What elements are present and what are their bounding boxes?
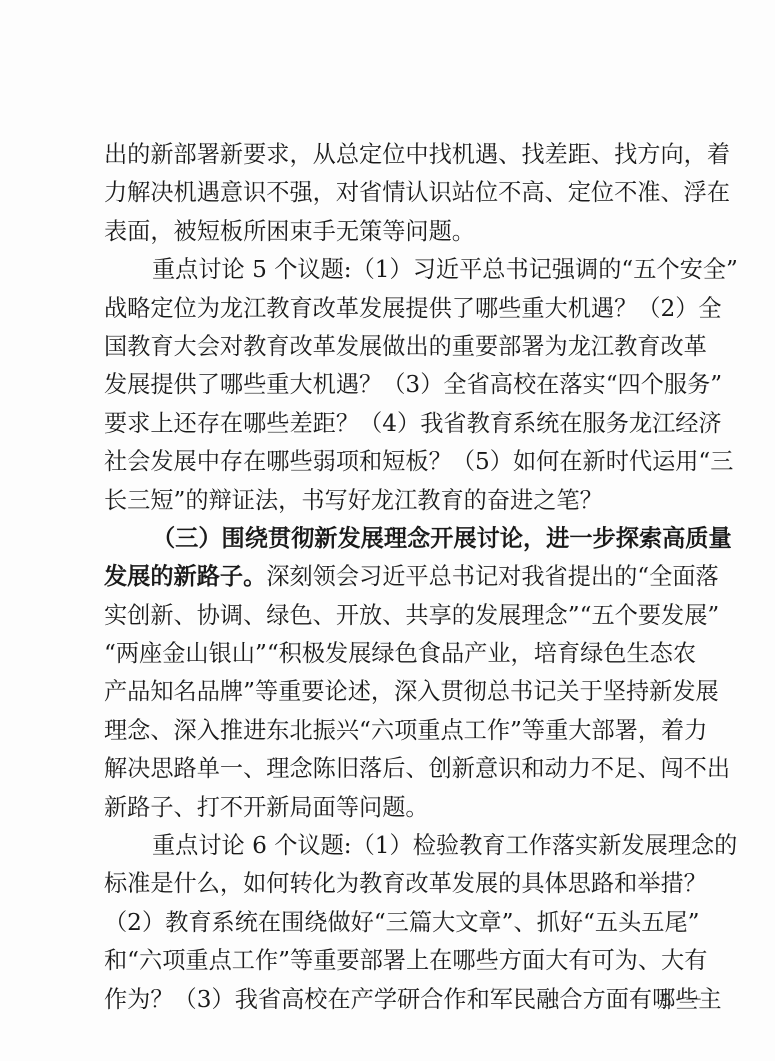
topics5-line: 战略定位为龙江教育改革发展提供了哪些重大机遇？（2）全: [104, 290, 682, 328]
section-heading: （三）围绕贯彻新发展理念开展讨论，进一步探索高质量: [104, 520, 682, 558]
topics5-line: 发展提供了哪些重大机遇？（3）全省高校在落实“四个服务”: [104, 366, 682, 404]
section-body-line: “两座金山银山”“积极发展绿色食品产业，培育绿色生态农: [104, 635, 682, 673]
section-heading-tail: 发展的新路子。: [104, 563, 266, 590]
body-text: 出的新部署新要求，从总定位中找机遇、找差距、找方向，着 力解决机遇意识不强，对省…: [104, 136, 682, 1019]
topics5-line: 重点讨论 5 个议题:（1）习近平总书记强调的“五个安全”: [104, 251, 682, 289]
section-body-start: 深刻领会习近平总书记对我省提出的“全面落: [266, 563, 718, 590]
section-body-line: 产品知名品牌”等重要论述，深入贯彻总书记关于坚持新发展: [104, 673, 682, 711]
topics6-line: （2）教育系统在围绕做好“三篇大文章”、抓好“五头五尾”: [104, 904, 682, 942]
section-heading-continuation: 发展的新路子。深刻领会习近平总书记对我省提出的“全面落: [104, 558, 682, 596]
section-body-line: 实创新、协调、绿色、开放、共享的发展理念”“五个要发展”: [104, 597, 682, 635]
paragraph-line: 出的新部署新要求，从总定位中找机遇、找差距、找方向，着: [104, 136, 682, 174]
topics5-line: 长三短”的辩证法，书写好龙江教育的奋进之笔？: [104, 482, 682, 520]
topics6-line: 和“六项重点工作”等重要部署上在哪些方面大有可为、大有: [104, 942, 682, 980]
section-body-line: 解决思路单一、理念陈旧落后、创新意识和动力不足、闯不出: [104, 750, 682, 788]
topics6-line: 重点讨论 6 个议题:（1）检验教育工作落实新发展理念的: [104, 827, 682, 865]
paragraph-line: 表面，被短板所困束手无策等问题。: [104, 213, 682, 251]
paragraph-line: 力解决机遇意识不强，对省情认识站位不高、定位不准、浮在: [104, 174, 682, 212]
topics5-line: 要求上还存在哪些差距？（4）我省教育系统在服务龙江经济: [104, 405, 682, 443]
topics5-line: 国教育大会对教育改革发展做出的重要部署为龙江教育改革: [104, 328, 682, 366]
section-body-line: 新路子、打不开新局面等问题。: [104, 789, 682, 827]
topics6-line: 标准是什么，如何转化为教育改革发展的具体思路和举措？: [104, 865, 682, 903]
topics5-line: 社会发展中存在哪些弱项和短板？（5）如何在新时代运用“三: [104, 443, 682, 481]
page-number: － 5 －: [630, 985, 707, 1012]
document-page: 出的新部署新要求，从总定位中找机遇、找差距、找方向，着 力解决机遇意识不强，对省…: [0, 0, 775, 1061]
topics6-line: 作为？（3）我省高校在产学研合作和军民融合方面有哪些主: [104, 981, 682, 1019]
section-body-line: 理念、深入推进东北振兴“六项重点工作”等重大部署，着力: [104, 712, 682, 750]
